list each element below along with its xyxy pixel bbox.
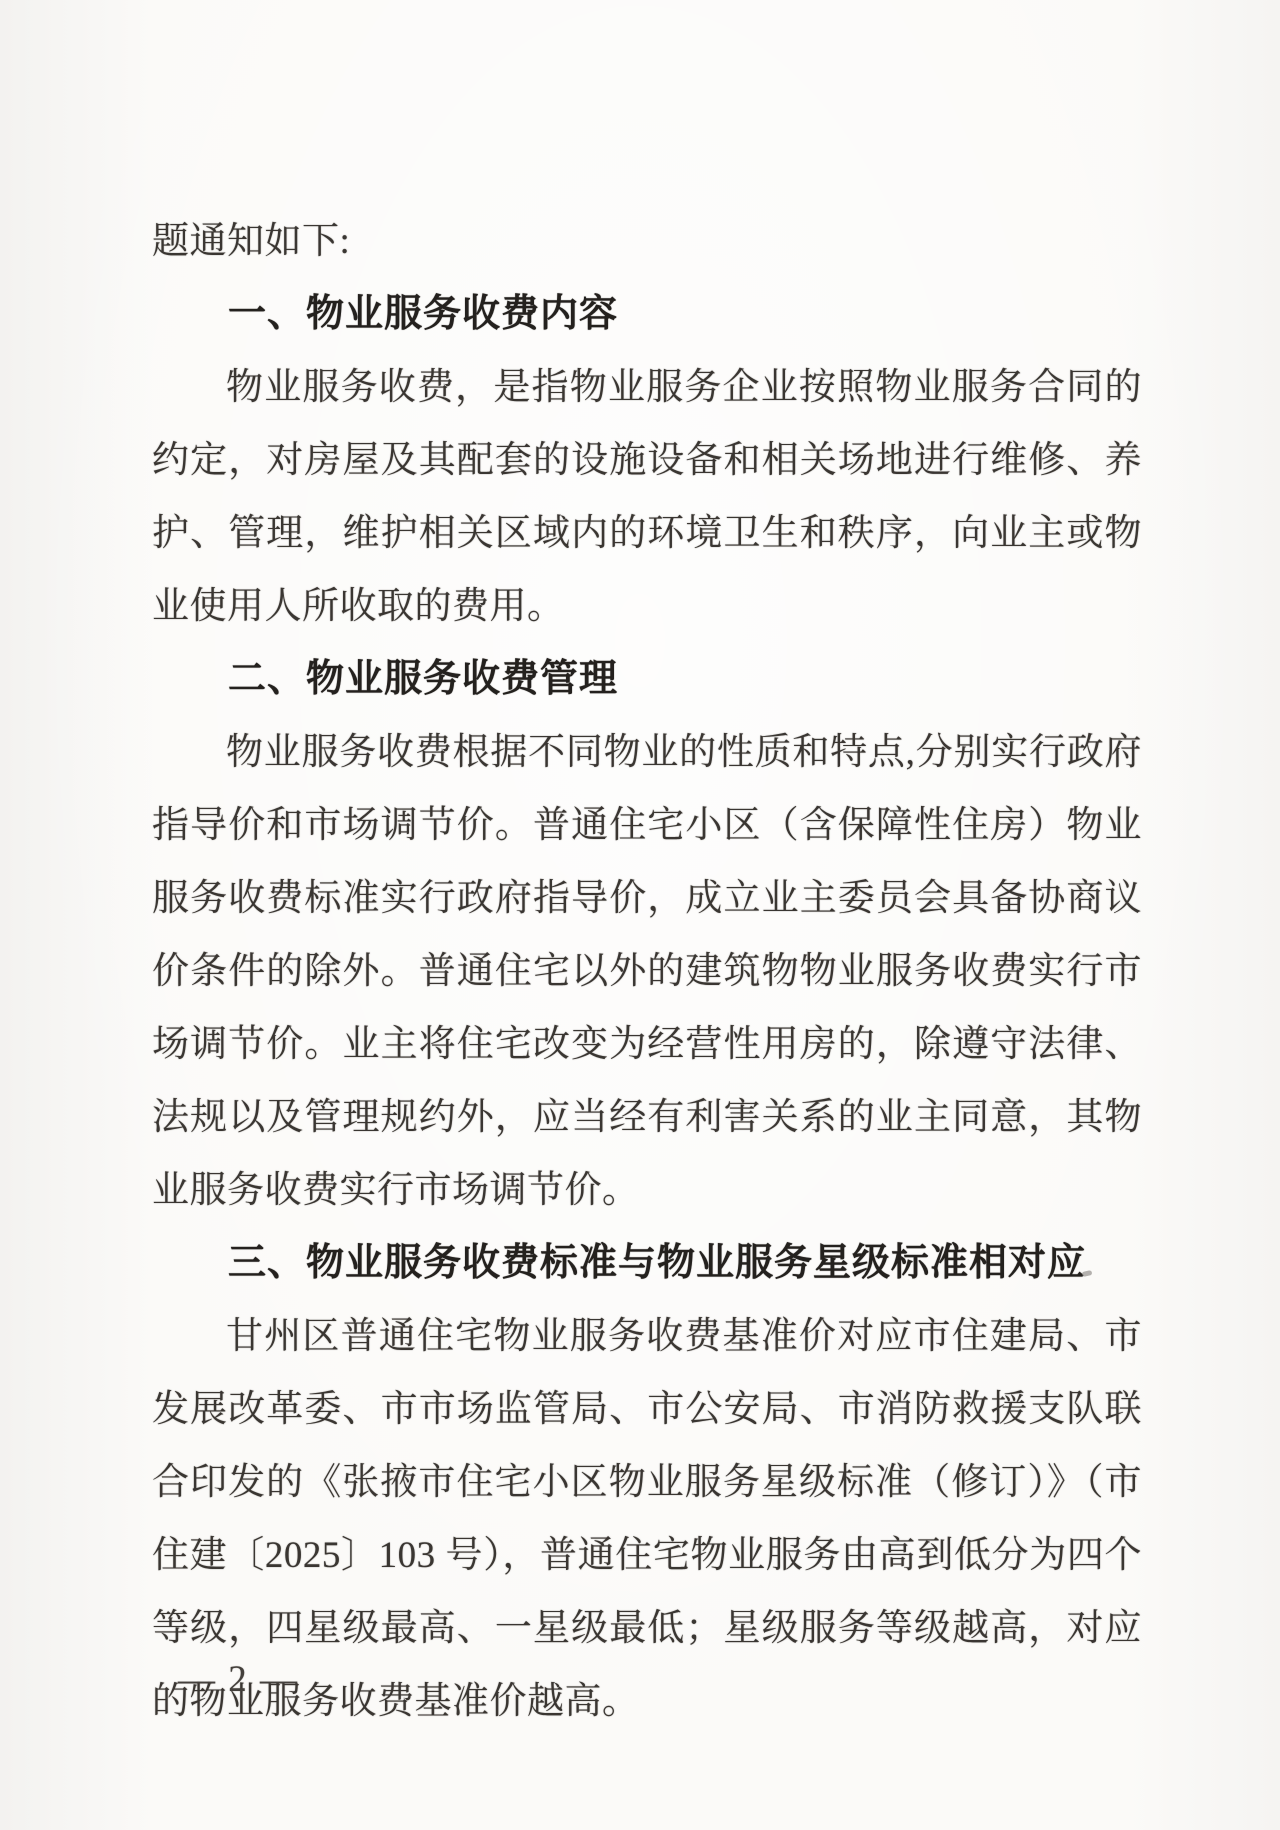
section-1-paragraph: 物业服务收费，是指物业服务企业按照物业服务合同的约定，对房屋及其配套的设施设备和… [152,351,1142,643]
document-body: 题通知如下: 一、物业服务收费内容 物业服务收费，是指物业服务企业按照物业服务合… [152,205,1142,1738]
page-number: — 2 — [178,1655,299,1705]
section-3-paragraph: 甘州区普通住宅物业服务收费基准价对应市住建局、市发展改革委、市市场监管局、市公安… [152,1300,1142,1738]
section-2-heading: 二、物业服务收费管理 [152,643,1142,716]
intro-text: 题通知如下: [152,205,1142,278]
document-page: 题通知如下: 一、物业服务收费内容 物业服务收费，是指物业服务企业按照物业服务合… [0,0,1280,1830]
section-1-heading: 一、物业服务收费内容 [152,278,1142,351]
section-3-heading: 三、物业服务收费标准与物业服务星级标准相对应 [152,1227,1142,1300]
section-2-paragraph: 物业服务收费根据不同物业的性质和特点,分别实行政府指导价和市场调节价。普通住宅小… [152,716,1142,1227]
